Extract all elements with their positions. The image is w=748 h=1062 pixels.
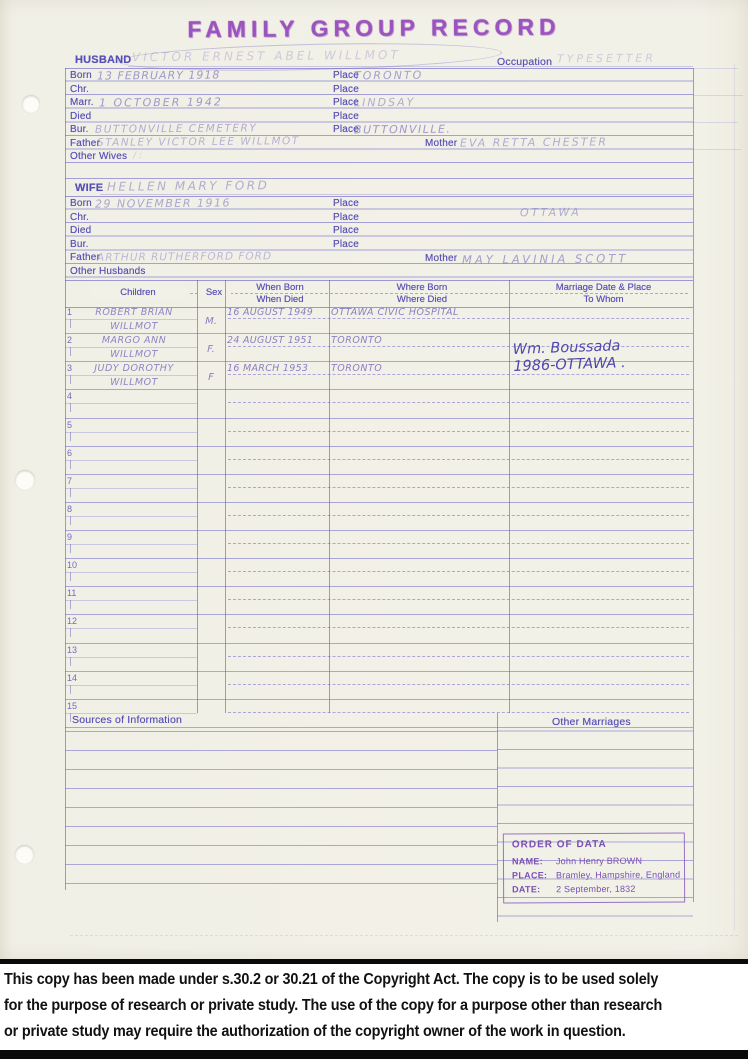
husband-marr-value: 1 OCTOBER 1942 — [99, 95, 223, 109]
husband-label: HUSBAND — [75, 54, 131, 66]
children-table-row: 14 — [65, 672, 693, 700]
children-table-row: 11 — [65, 587, 693, 615]
died-label: Died — [70, 111, 91, 122]
mother-label: Mother — [425, 138, 457, 149]
row-number: 2 — [67, 335, 72, 345]
wife-father-value: ARTHUR RUTHERFORD FORD — [97, 250, 272, 264]
date-value: 2 September, 1832 — [556, 884, 636, 894]
child-where-born-cell: OTTAWA CIVIC HOSPITAL — [331, 307, 459, 318]
row-number-tick — [70, 403, 71, 412]
rule-line — [228, 374, 689, 375]
sources-ruled-lines — [65, 713, 497, 890]
row-number-tick — [70, 572, 71, 581]
other-marriages-label: Other Marriages — [552, 716, 631, 728]
rule-line — [228, 402, 689, 403]
child-sex-cell: F. — [197, 344, 225, 355]
child-when-born-cell: 24 AUGUST 1951 — [227, 335, 313, 346]
rule-line — [65, 432, 197, 433]
when-born-header: When Born — [235, 282, 325, 293]
wife-born-value: 29 NOVEMBER 1916 — [95, 196, 231, 210]
children-table-row: 4 — [65, 390, 693, 418]
rule-line — [228, 543, 689, 544]
rule-line — [228, 684, 689, 685]
chr-label: Chr. — [70, 212, 89, 223]
rule-line — [65, 488, 197, 489]
marriage-date-place-header: Marriage Date & Place — [533, 282, 674, 293]
row-number-tick — [70, 488, 71, 497]
row-number: 10 — [67, 560, 77, 570]
rule-line — [65, 600, 197, 601]
children-table-row: 2 MARGO ANN WILLMOT F. 24 AUGUST 1951 TO… — [65, 334, 693, 362]
children-table-row: 12 — [65, 615, 693, 643]
child-name-line2: WILLMOT — [73, 320, 195, 334]
bur-label: Bur. — [70, 239, 89, 250]
children-table-row: 8 — [65, 503, 693, 531]
husband-rows-grid — [65, 68, 693, 163]
row-number: 1 — [67, 307, 72, 317]
rule-line — [197, 280, 198, 713]
row-number-tick — [70, 628, 71, 637]
rule-line — [228, 459, 689, 460]
form-right-border — [693, 68, 694, 902]
husband-marr-place: LINDSAY — [354, 95, 415, 109]
rule-line — [228, 571, 689, 572]
place-label: PLACE: — [512, 870, 547, 880]
row-number: 4 — [67, 391, 72, 401]
bur-label: Bur. — [70, 124, 89, 135]
rule-line — [329, 280, 330, 713]
husband-gap-row — [65, 163, 693, 179]
rule-line — [693, 122, 738, 123]
child-where-born-cell: TORONTO — [331, 363, 382, 374]
rule-line — [65, 628, 197, 629]
order-of-data-box: ORDER OF DATA NAME: John Henry BROWN PLA… — [503, 833, 685, 904]
row-number: 12 — [67, 616, 77, 626]
rule-line — [65, 657, 197, 658]
wife-born-place: OTTAWA — [520, 206, 581, 220]
copyright-line: This copy has been made under s.30.2 or … — [4, 967, 748, 993]
child-name-line2: WILLMOT — [73, 376, 195, 390]
row-number-tick — [70, 657, 71, 666]
row-number: 14 — [67, 673, 77, 683]
born-label: Born — [70, 70, 92, 81]
child-marriage-cell: Wm. Boussada 1986-OTTAWA . — [512, 338, 625, 376]
row-number: 7 — [67, 476, 72, 486]
form-title: FAMILY GROUP RECORD — [20, 13, 728, 45]
place-label: Place — [333, 84, 359, 95]
row-number-tick — [70, 516, 71, 525]
black-bar-bottom — [0, 1050, 748, 1059]
rule-line — [228, 487, 689, 488]
died-label: Died — [70, 225, 91, 236]
other-wives-label: Other Wives — [70, 151, 127, 162]
where-born-header: Where Born — [365, 282, 479, 293]
row-number: 3 — [67, 363, 72, 373]
rule-line — [225, 280, 226, 713]
children-table-row: 10 — [65, 559, 693, 587]
husband-born-place: TORONTO — [354, 69, 423, 83]
row-number-tick — [70, 600, 71, 609]
rule-line — [100, 194, 693, 195]
child-name-line1: JUDY DOROTHY — [73, 362, 195, 376]
where-died-header: Where Died — [365, 294, 479, 305]
row-number: 6 — [67, 448, 72, 458]
name-value: John Henry BROWN — [556, 856, 642, 866]
child-name-line1: ROBERT BRIAN — [73, 306, 195, 320]
husband-name-value: VICTOR ERNEST ABEL WILLMOT — [132, 48, 401, 64]
father-label: Father — [70, 138, 100, 149]
child-name-line1: MARGO ANN — [73, 334, 195, 348]
rule-line — [693, 68, 738, 69]
child-where-born-cell: TORONTO — [331, 335, 382, 346]
rule-line — [65, 403, 197, 404]
chr-label: Chr. — [70, 84, 89, 95]
wife-name-value: HELLEN MARY FORD — [107, 178, 269, 193]
rule-line — [497, 713, 498, 922]
rule-line — [128, 66, 693, 67]
children-table-row: 9 — [65, 531, 693, 559]
row-number-tick — [70, 375, 71, 384]
hole-punch — [22, 95, 40, 113]
rule-line — [228, 515, 689, 516]
sources-label: Sources of Information — [72, 714, 182, 726]
child-when-born-cell: 16 MARCH 1953 — [227, 363, 308, 374]
children-table-header: Children Sex When Born When Died Where B… — [65, 280, 693, 308]
other-wives-mark: / : — [133, 151, 142, 161]
rule-line — [65, 572, 197, 573]
place-label: Place — [333, 111, 359, 122]
rule-line — [228, 627, 689, 628]
rule-line — [509, 280, 510, 713]
mother-label: Mother — [425, 253, 457, 264]
when-died-header: When Died — [235, 294, 325, 305]
rule-line — [693, 95, 743, 96]
place-label: Place — [333, 198, 359, 209]
copyright-line: for the purpose of research or private s… — [4, 993, 748, 1019]
row-number-tick — [70, 319, 71, 328]
rule-line — [228, 318, 689, 319]
other-husbands-label: Other Husbands — [70, 266, 146, 277]
born-label: Born — [70, 198, 92, 209]
rule-line — [228, 656, 689, 657]
row-number: 15 — [67, 701, 77, 711]
husband-father-value: STANLEY VICTOR LEE WILLMOT — [97, 135, 300, 149]
children-table-row: 6 — [65, 447, 693, 475]
rule-line — [65, 516, 197, 517]
occupation-value: TYPESETTER — [557, 52, 656, 66]
rule-line — [693, 149, 741, 150]
place-label: Place — [333, 225, 359, 236]
child-name-line2: WILLMOT — [73, 348, 195, 362]
children-table-row: 1 ROBERT BRIAN WILLMOT M. 16 AUGUST 1949… — [65, 306, 693, 334]
hole-punch — [15, 470, 35, 490]
row-number: 9 — [67, 532, 72, 542]
husband-mother-value: EVA RETTA CHESTER — [460, 135, 608, 149]
row-number: 5 — [67, 420, 72, 430]
row-number-tick — [70, 460, 71, 469]
order-of-data-title: ORDER OF DATA — [512, 839, 607, 850]
wife-mother-value: MAY LAVINIA SCOTT — [462, 251, 629, 266]
child-when-born-cell: 16 AUGUST 1949 — [227, 307, 313, 318]
scan-artifact-line — [734, 64, 735, 930]
rule-line — [65, 685, 197, 686]
name-label: NAME: — [512, 856, 543, 866]
black-bar-top — [0, 959, 748, 964]
child-sex-cell: F — [197, 372, 225, 383]
hole-punch — [15, 845, 34, 864]
row-number-tick — [70, 432, 71, 441]
copyright-strip: This copy has been made under s.30.2 or … — [0, 959, 748, 1062]
place-label: Place — [333, 212, 359, 223]
copyright-text: This copy has been made under s.30.2 or … — [4, 967, 748, 1045]
to-whom-header: To Whom — [533, 294, 674, 305]
place-value: Bramley, Hampshire, England — [556, 870, 680, 881]
husband-bur-place: BUTTONVILLE. — [354, 122, 452, 136]
husband-born-value: 13 FEBRUARY 1918 — [97, 68, 220, 82]
rule-line — [228, 431, 689, 432]
child-name-cell: JUDY DOROTHY WILLMOT — [73, 362, 195, 389]
child-name-cell: ROBERT BRIAN WILLMOT — [73, 306, 195, 333]
marr-label: Marr. — [70, 97, 94, 108]
row-number: 8 — [67, 504, 72, 514]
row-number-tick — [70, 544, 71, 553]
children-table-row: 7 — [65, 475, 693, 503]
form-left-border — [65, 68, 66, 890]
children-table-body: 1 ROBERT BRIAN WILLMOT M. 16 AUGUST 1949… — [65, 306, 693, 728]
father-label: Father — [70, 252, 100, 263]
wife-label: WIFE — [75, 182, 103, 194]
husband-bur-value: BUTTONVILLE CEMETERY — [95, 122, 257, 135]
child-sex-cell: M. — [197, 316, 225, 327]
rule-line — [228, 599, 689, 600]
children-table-row: 5 — [65, 419, 693, 447]
children-table-row: 13 — [65, 644, 693, 672]
row-number: 11 — [67, 588, 76, 598]
row-number-tick — [70, 347, 71, 356]
rule-line — [70, 935, 738, 936]
date-label: DATE: — [512, 884, 540, 894]
rule-line — [65, 460, 197, 461]
copyright-line: or private study may require the authori… — [4, 1019, 748, 1045]
child-name-cell: MARGO ANN WILLMOT — [73, 334, 195, 361]
children-column-header: Children — [90, 287, 186, 298]
rule-line — [65, 544, 197, 545]
row-number-tick — [70, 685, 71, 694]
row-number: 13 — [67, 645, 77, 655]
scanned-form-page: FAMILY GROUP RECORD HUSBAND VICTOR ERNES… — [0, 0, 748, 959]
place-label: Place — [333, 239, 359, 250]
